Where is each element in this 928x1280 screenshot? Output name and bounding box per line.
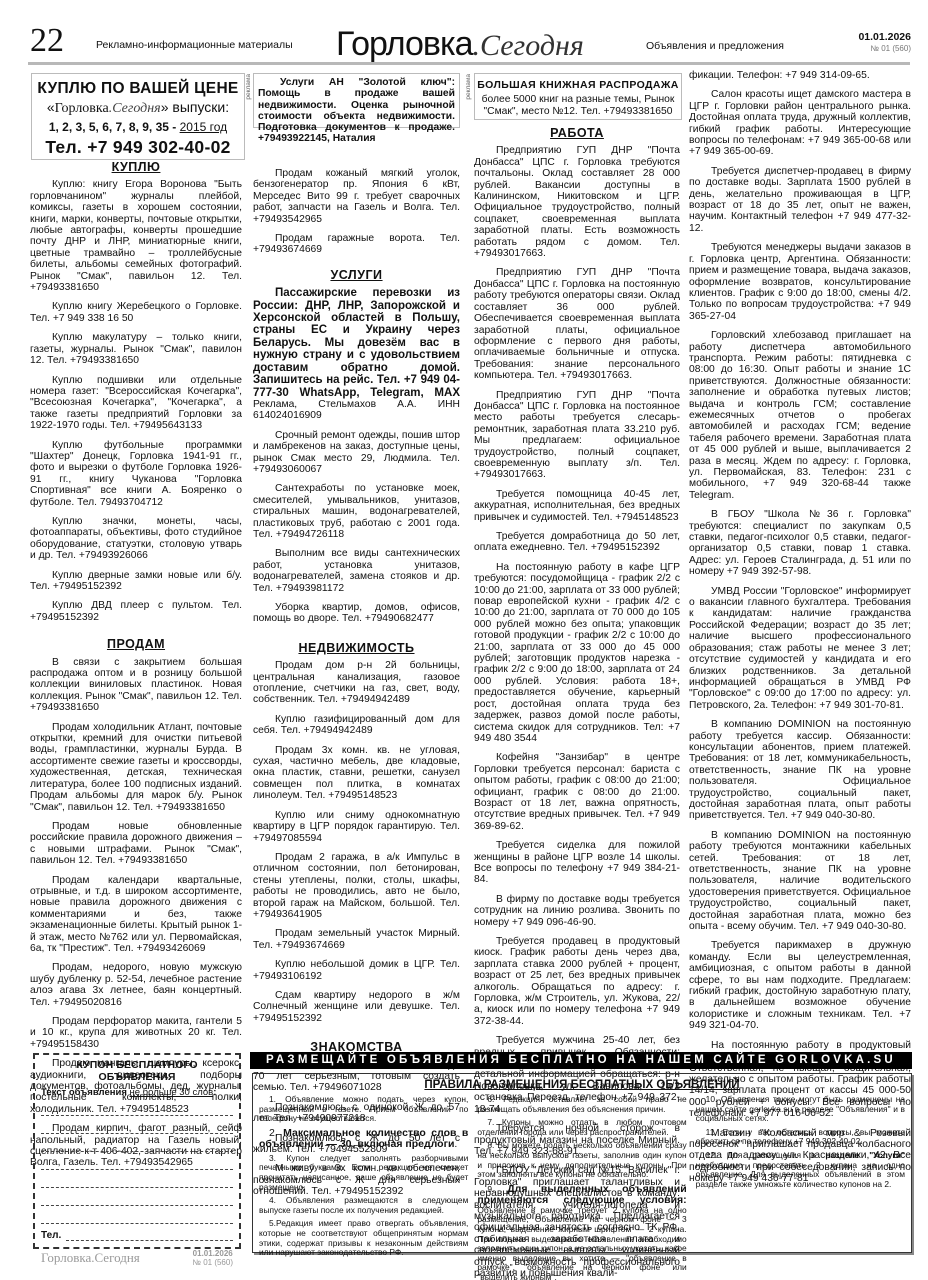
rules-column: 1. Объявление можно подать через купон, … xyxy=(259,1095,468,1280)
classified-ad: На постоянную работу в кафе ЦГР требуютс… xyxy=(474,562,680,745)
ad-label: реклама xyxy=(465,74,472,100)
rule-text: 12. Для размещения в xyxy=(706,1150,826,1160)
classified-ad: Салон красоты ищет дамского мастера в ЦГ… xyxy=(689,89,911,157)
classified-ad: Требуется сиделка для пожилой женщины в … xyxy=(474,840,680,886)
column-1: КУПЛЮ Куплю: книгу Егора Воронова "Быть … xyxy=(30,160,242,1177)
ad-box-line: «Горловка.Сегодня» выпуски: xyxy=(32,99,244,117)
coupon-text-line[interactable] xyxy=(41,1204,233,1206)
rule-bold-text: Максимальное количество слов в объявлени… xyxy=(259,1127,468,1150)
classified-ad: Горловский хлебозавод приглашает на рабо… xyxy=(689,330,911,501)
logo-italic: .Сегодня xyxy=(473,29,584,62)
classified-ad: Срочный ремонт одежды, пошив штор и ламб… xyxy=(253,430,460,476)
issue-date: 01.01.2026 xyxy=(858,31,911,43)
ad-logo-italic: .Сегодня xyxy=(109,101,161,116)
newspaper-logo: Горловка.Сегодня xyxy=(336,24,584,66)
issues-year: 2015 год xyxy=(180,120,228,134)
rule-item: 7. Купоны можно отдать в любом почтовом … xyxy=(477,1118,686,1137)
rules-column: 10. Объявления также могут быть размещен… xyxy=(696,1095,905,1280)
classified-ad: Куплю газифицированный дом для себя. Тел… xyxy=(253,714,460,737)
classified-ad: Требуется диспетчер-продавец в фирму по … xyxy=(689,166,911,234)
classified-ad: Предприятию ГУП ДНР "Почта Донбасса" ЦПС… xyxy=(474,145,680,259)
classified-ad: Куплю книгу Жеребецкого о Горловке. Тел.… xyxy=(30,301,242,324)
section-title-sell: ПРОДАМ xyxy=(30,639,242,650)
ad-box-books-title: БОЛЬШАЯ КНИЖНАЯ РАСПРОДАЖА xyxy=(475,79,681,91)
classified-ad: Куплю футбольные программки "Шахтер" Дон… xyxy=(30,440,242,508)
rule-item: 1. Объявление можно подать через купон, … xyxy=(259,1095,468,1124)
rule-item: 11. Если у вас остались вопросы, вы може… xyxy=(696,1128,905,1147)
classified-ad: Сдам квартиру недорого в ж/м Солнечный ж… xyxy=(253,990,460,1024)
rule-bold-text: Для выделенных объявлений применяются сл… xyxy=(477,1183,686,1206)
ad-box-issues: 1, 2, 3, 5, 6, 7, 8, 9, 35 - 2015 год xyxy=(32,120,244,134)
classified-ad: В компанию DOMINION на постоянную работу… xyxy=(689,830,911,933)
free-ad-coupon[interactable]: КУПОН БЕСПЛАТНОГО ОБЪЯВЛЕНИЯ Текст объяв… xyxy=(33,1053,241,1249)
classified-ad: Продам холодильник Атлант, почтовые откр… xyxy=(30,722,242,813)
classified-ad: Требуется домработница до 50 лет, оплата… xyxy=(474,531,680,554)
classified-ad: В компанию DOMINION на постоянную работу… xyxy=(689,719,911,822)
coupon-logo: Горловка.Сегодня xyxy=(41,1250,140,1266)
coupon-footer: Горловка.Сегодня 01.01.2026№ 01 (560) xyxy=(41,1249,233,1267)
rules-columns: 1. Объявление можно подать через купон, … xyxy=(259,1095,905,1280)
ad-box-books-text: более 5000 книг на разные темы, Рынок "С… xyxy=(475,94,681,117)
classified-ad: Выполним все виды сантехнических работ, … xyxy=(253,548,460,594)
ad-box-realty: Услуги АН "Золотой ключ": Помощь в прода… xyxy=(253,73,460,128)
rule-number: 9. xyxy=(487,1184,507,1194)
classified-ad: Предприятию ГУП ДНР "Почта Донбасса" ЦПС… xyxy=(474,267,680,381)
classified-ad: Продам 3х комн. кв. не угловая, сухая, ч… xyxy=(253,745,460,802)
rule-item: 5.Редакция имеет право отвергать объявле… xyxy=(259,1219,468,1257)
coupon-text-line[interactable] xyxy=(41,1168,233,1170)
page-number: 22 xyxy=(30,24,64,58)
coupon-text-line[interactable] xyxy=(41,1186,233,1188)
rule-item: 10. Объявления также могут быть размещен… xyxy=(696,1095,905,1124)
classified-ad: Уборка квартир, домов, офисов, помощь во… xyxy=(253,602,460,625)
classified-ad: Сантехработы по установке моек, смесител… xyxy=(253,483,460,540)
coupon-subtitle-suffix: : xyxy=(213,1087,216,1098)
classified-ad: Продам земельный участок Мирный. Тел. +7… xyxy=(253,928,460,951)
classified-ad: Продам перфоратор макита, гантели 5 и 10… xyxy=(30,1016,242,1050)
coupon-text-line[interactable] xyxy=(41,1150,233,1152)
column-4: фикации. Телефон: +7 949 314-09-65. Сало… xyxy=(689,70,911,1193)
classified-ad: Продам гаражные ворота. Тел. +7949367466… xyxy=(253,233,460,256)
coupon-subtitle: Текст объявления не больше 30 слов: xyxy=(41,1087,233,1098)
rule-item: 2. Максимальное количество слов в объявл… xyxy=(259,1128,468,1150)
rule-item: 12. Для размещения в разделе "Услуги" не… xyxy=(696,1151,905,1189)
section-label-left: Рекламно-информационные материалы xyxy=(96,39,293,51)
coupon-date: 01.01.2026 xyxy=(192,1249,233,1258)
classified-ad: Продам дом р-н 2й больницы, центральная … xyxy=(253,660,460,706)
classified-ad-highlighted: Пассажирские перевозки из России: ДНР, Л… xyxy=(253,287,460,421)
ad-label: реклама xyxy=(245,74,252,100)
classified-ad: Продам новые обновленные российские прав… xyxy=(30,821,242,867)
classified-ad: Куплю подшивки или отдельные номера газе… xyxy=(30,375,242,432)
rules-title: ПРАВИЛА РАЗМЕЩЕНИЯ БЕСПЛАТНЫХ ОБЪЯВЛЕНИЙ xyxy=(259,1079,905,1091)
classified-ad: Продам 2 гаража, в а/к Импульс в отлично… xyxy=(253,852,460,920)
classified-ad: В фирму по доставке воды требуется сотру… xyxy=(474,894,680,928)
classified-ad: Куплю дверные замки новые или б/у. Тел. … xyxy=(30,570,242,593)
classified-ad: Требуется помощница 40-45 лет, аккуратна… xyxy=(474,489,680,523)
rule-item: 8. Вы можете подать несколько объявлений… xyxy=(477,1141,686,1179)
coupon-title: КУПОН БЕСПЛАТНОГО ОБЪЯВЛЕНИЯ xyxy=(41,1059,233,1083)
column-2: Продам кожаный мягкий уголок, бензогенер… xyxy=(253,168,460,1206)
coupon-text-line[interactable] xyxy=(41,1114,233,1116)
classified-ad: Требуется парикмахер в дружную команду. … xyxy=(689,940,911,1031)
rule-bold-text: разделе "Услуги" xyxy=(825,1150,905,1160)
section-title-services: УСЛУГИ xyxy=(253,270,460,281)
section-title-buy: КУПЛЮ xyxy=(30,162,242,173)
rule-end: . xyxy=(454,1138,457,1150)
issues-list: 1, 2, 3, 5, 6, 7, 8, 9, 35 - xyxy=(49,120,180,134)
classified-ad: Требуются менеджеры выдачи заказов в г. … xyxy=(689,242,911,322)
classified-ad: Требуется продавец в продуктовый киоск. … xyxy=(474,936,680,1027)
coupon-phone-field[interactable] xyxy=(66,1230,233,1241)
logo-main: Горловка xyxy=(336,25,473,63)
classified-ad: Куплю макулатуру – только книги, газеты,… xyxy=(30,332,242,366)
bold-ad-text: Пассажирские перевозки из России: ДНР, Л… xyxy=(253,287,460,398)
ad-logo-main: Горловка xyxy=(55,101,109,116)
rules-column: 6. Редакция оставляет за собой право не … xyxy=(477,1095,686,1280)
ad-box-phone: Тел. +7 949 302-40-02 xyxy=(32,137,244,158)
section-label-right: Объявления и предложения xyxy=(646,40,784,52)
classified-ad: Продам кожаный мягкий уголок, бензогенер… xyxy=(253,168,460,225)
rule-item: 3. Купон следует заполнять разборчивыми … xyxy=(259,1154,468,1192)
coupon-subtitle-prefix: Текст объявления xyxy=(41,1087,130,1098)
classified-ad: Кофейня "Занзибар" в центре Горловки тре… xyxy=(474,752,680,832)
ad-note: Реклама, Стельмахов А.А. ИНН 61402401690… xyxy=(253,399,460,421)
rule-item: 4. Объявления размещаются в следующем вы… xyxy=(259,1196,468,1215)
classified-ad-continued: фикации. Телефон: +7 949 314-09-65. xyxy=(689,70,911,81)
header-rule xyxy=(28,62,910,65)
section-title-realty: НЕДВИЖИМОСТЬ xyxy=(253,643,460,654)
ad-box-books: БОЛЬШАЯ КНИЖНАЯ РАСПРОДАЖА более 5000 кн… xyxy=(474,73,682,120)
ad-box-suffix: » выпуски: xyxy=(161,99,229,115)
coupon-phone-row: Тел. xyxy=(41,1230,233,1241)
quote: « xyxy=(47,99,55,115)
ad-box-title: КУПЛЮ ПО ВАШЕЙ ЦЕНЕ xyxy=(32,80,244,98)
coupon-issue: № 01 (560) xyxy=(192,1258,233,1267)
classified-ad: УМВД России "Горловское" информирует о в… xyxy=(689,586,911,711)
coupon-text-line[interactable] xyxy=(41,1222,233,1224)
rule-item: 9. Для выделенных объявлений применяются… xyxy=(477,1184,686,1280)
coupon-text-line[interactable] xyxy=(41,1132,233,1134)
ad-box-realty-text: Услуги АН "Золотой ключ": Помощь в прода… xyxy=(258,77,455,145)
classified-ad: Куплю: книгу Егора Воронова "Быть горлов… xyxy=(30,179,242,293)
classified-ad: Куплю ДВД плеер с пультом. Тел. +7949515… xyxy=(30,600,242,623)
issue-number: № 01 (560) xyxy=(870,44,911,53)
coupon-phone-label: Тел. xyxy=(41,1230,61,1241)
section-title-jobs: РАБОТА xyxy=(474,128,680,139)
classified-ad: Продам, недорого, новую мужскую шубу дуб… xyxy=(30,962,242,1008)
classified-ad: Продам календари квартальные, отрывные, … xyxy=(30,875,242,955)
ad-logo: Горловка.Сегодня xyxy=(55,101,161,116)
classified-ad: В связи с закрытием большая распродажа о… xyxy=(30,657,242,714)
classified-ad: Куплю значки, монеты, часы, фотоаппараты… xyxy=(30,516,242,562)
ad-box-buy-issues: КУПЛЮ ПО ВАШЕЙ ЦЕНЕ «Горловка.Сегодня» в… xyxy=(31,73,245,160)
website-banner: РАЗМЕЩАЙТЕ ОБЪЯВЛЕНИЯ БЕСПЛАТНО НА НАШЕМ… xyxy=(250,1052,912,1069)
classified-ad: Предприятию ГУП ДНР "Почта Донбасса" ЦПС… xyxy=(474,390,680,481)
classified-ad: Куплю небольшой домик в ЦГР. Тел. +79493… xyxy=(253,959,460,982)
classified-ad: Куплю или сниму однокомнатную квартиру в… xyxy=(253,810,460,844)
rule-item: 6. Редакция оставляет за собой право не … xyxy=(477,1095,686,1114)
coupon-word-limit: не больше 30 слов xyxy=(130,1087,214,1098)
rule-text: Объявление в рамочке требует 2 купона на… xyxy=(477,1205,686,1280)
rules-box: ПРАВИЛА РАЗМЕЩЕНИЯ БЕСПЛАТНЫХ ОБЪЯВЛЕНИЙ… xyxy=(252,1073,912,1253)
rule-text: необходимо предоставить 2 купона на одно… xyxy=(696,1160,905,1189)
coupon-date-block: 01.01.2026№ 01 (560) xyxy=(192,1249,233,1267)
classified-ad: В ГБОУ "Школа №36 г. Горловка" требуются… xyxy=(689,509,911,577)
